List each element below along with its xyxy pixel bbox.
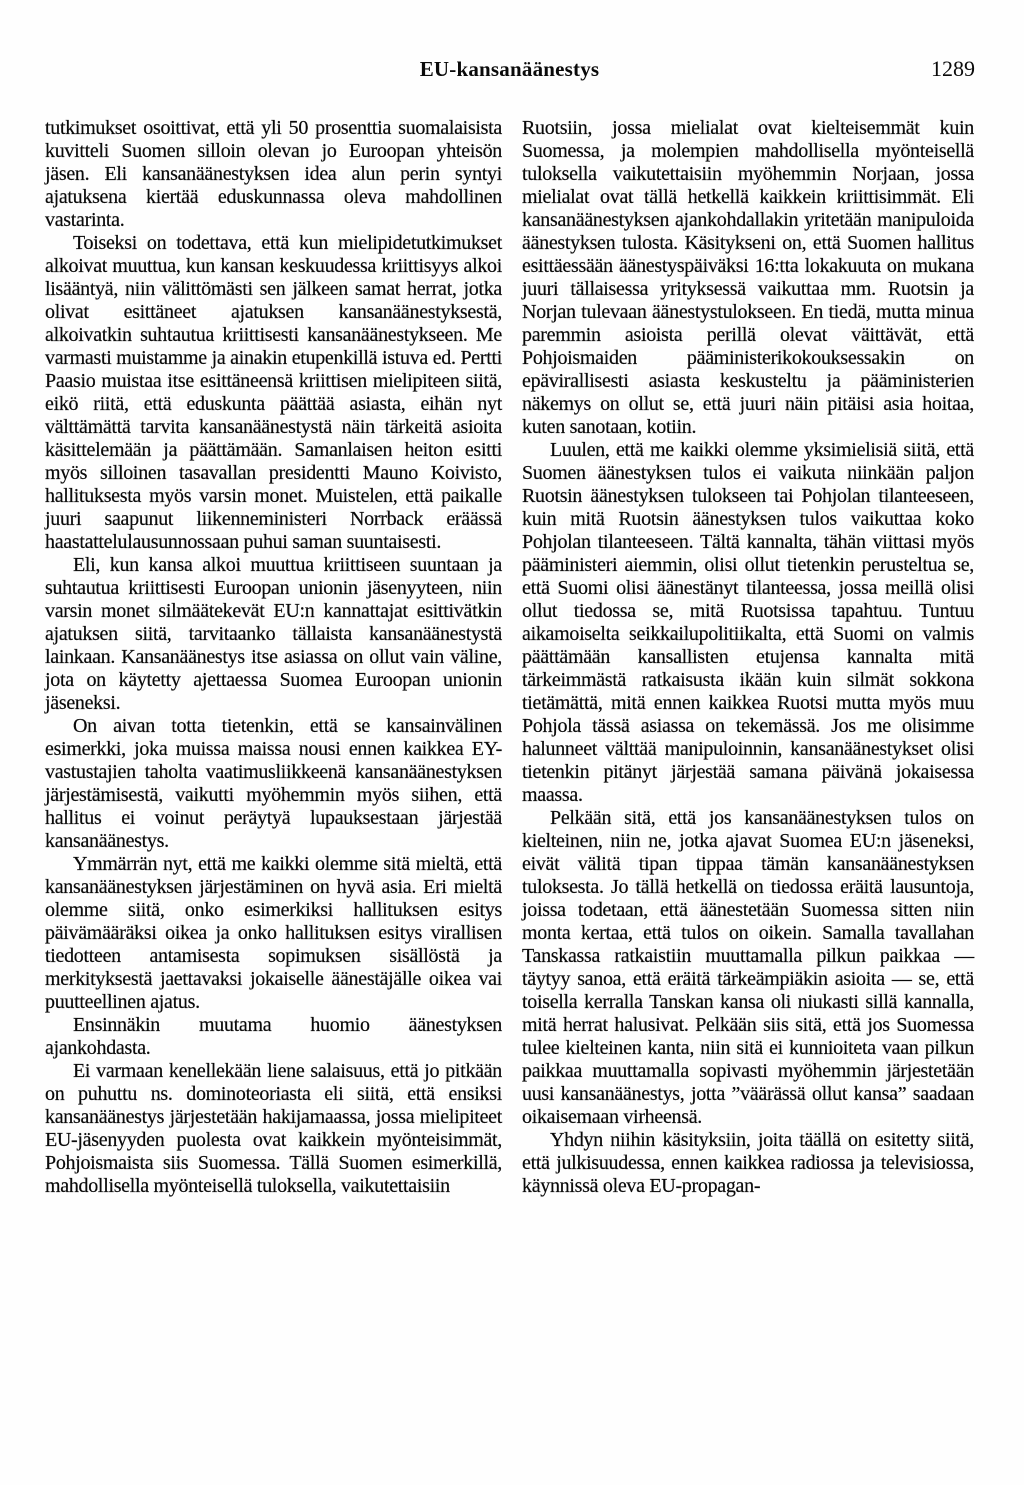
page-number: 1289 bbox=[931, 56, 975, 82]
paragraph: Ei varmaan kenellekään liene salaisuus, … bbox=[45, 1060, 502, 1198]
page-header: EU-kansanäänestys 1289 bbox=[44, 57, 975, 83]
paragraph: Ensinnäkin muutama huomio äänestyksen aj… bbox=[45, 1014, 502, 1060]
paragraph: Yhdyn niihin käsityksiin, joita täällä o… bbox=[522, 1129, 974, 1198]
right-column: Ruotsiin, jossa mielialat ovat kielteise… bbox=[522, 117, 974, 1198]
paragraph: Toiseksi on todettava, että kun mielipid… bbox=[45, 232, 502, 554]
paragraph: Luulen, että me kaikki olemme yksimielis… bbox=[522, 439, 974, 807]
paragraph: Ruotsiin, jossa mielialat ovat kielteise… bbox=[522, 117, 974, 439]
paragraph: Pelkään sitä, että jos kansanäänestyksen… bbox=[522, 807, 974, 1129]
left-column: tutkimukset osoittivat, että yli 50 pros… bbox=[45, 117, 502, 1198]
running-title: EU-kansanäänestys bbox=[44, 57, 975, 82]
document-page: EU-kansanäänestys 1289 tutkimukset osoit… bbox=[0, 0, 1024, 1485]
paragraph: On aivan totta tietenkin, että se kansai… bbox=[45, 715, 502, 853]
paragraph: Ymmärrän nyt, että me kaikki olemme sitä… bbox=[45, 853, 502, 1014]
paragraph: Eli, kun kansa alkoi muuttua kriittiseen… bbox=[45, 554, 502, 715]
paragraph: tutkimukset osoittivat, että yli 50 pros… bbox=[45, 117, 502, 232]
